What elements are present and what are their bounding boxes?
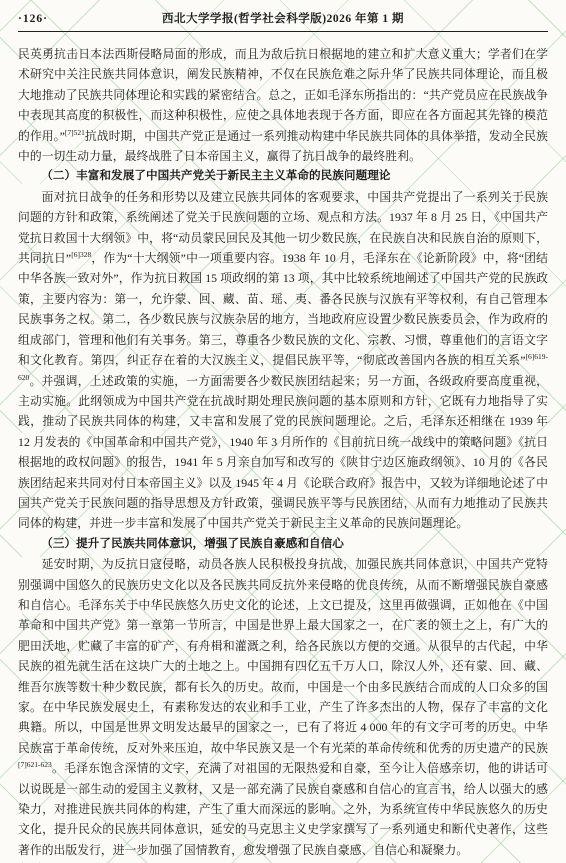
section-heading: （二）丰富和发展了中国共产党关于新民主主义革命的民族问题理论: [18, 166, 548, 186]
body-paragraph: 面对抗日战争的任务和形势以及建立民族共同体的客观要求，中国共产党提出了一系列关于…: [18, 187, 548, 534]
citation-superscript: [6]619-620: [18, 352, 548, 381]
page-content: ·126· 西北大学学报(哲学社会科学版)2026 年第 1 期 民英勇抗击日本…: [0, 0, 566, 860]
citation-superscript: [7]521: [65, 128, 85, 137]
running-header: ·126· 西北大学学报(哲学社会科学版)2026 年第 1 期: [18, 8, 548, 30]
journal-page: ·126· 西北大学学报(哲学社会科学版)2026 年第 1 期 民英勇抗击日本…: [0, 0, 566, 863]
citation-superscript: [6]328: [71, 250, 91, 259]
page-number: ·126·: [18, 8, 48, 30]
body-paragraph: 民英勇抗击日本法西斯侵略局面的形成，而且为敌后抗日根据地的建立和扩大意义重大；学…: [18, 44, 548, 166]
section-heading: （三）提升了民族共同体意识，增强了民族自豪感和自信心: [18, 534, 548, 554]
body-paragraph: 延安时期，为反抗日寇侵略，动员各族人民积极投身抗战，加强民族共同体意识，中国共产…: [18, 554, 548, 860]
header-rule: [18, 31, 548, 32]
article-body: 民英勇抗击日本法西斯侵略局面的形成，而且为敌后抗日根据地的建立和扩大意义重大；学…: [18, 44, 548, 860]
citation-superscript: [7]621-623: [18, 760, 52, 769]
journal-title: 西北大学学报(哲学社会科学版)2026 年第 1 期: [18, 8, 548, 30]
